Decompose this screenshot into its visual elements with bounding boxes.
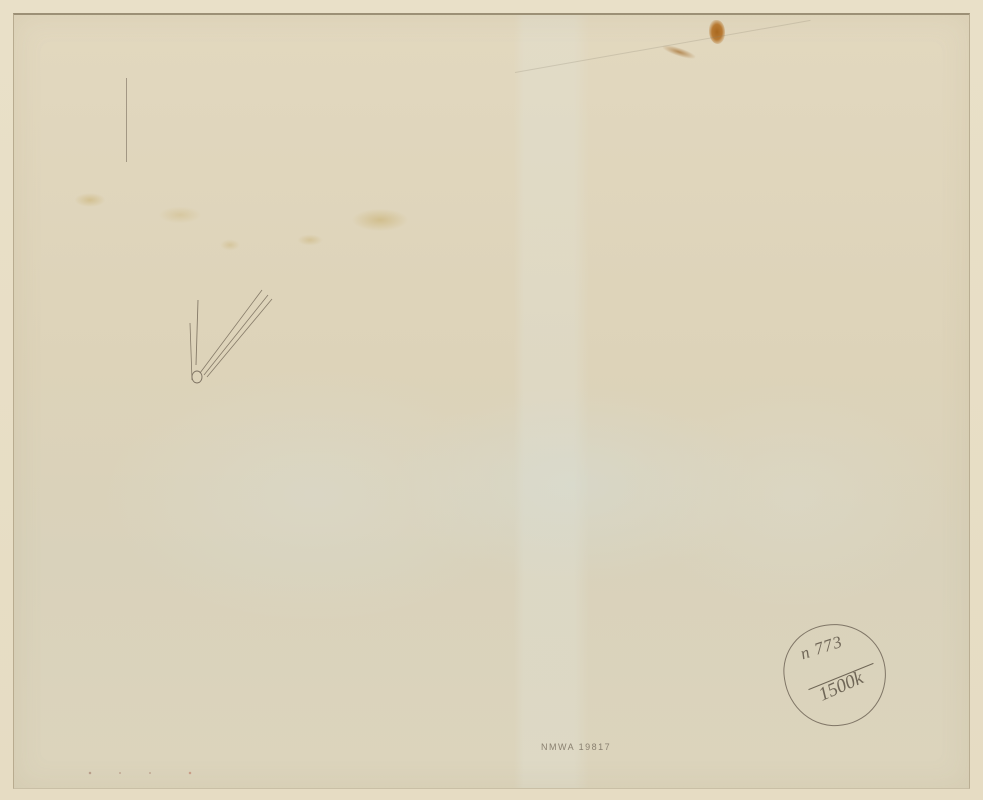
foxing-stains	[50, 185, 430, 255]
edge-specks	[80, 770, 210, 776]
rust-stain	[709, 20, 725, 44]
accession-number: NMWA 19817	[541, 742, 611, 752]
pencil-sketch	[180, 285, 280, 395]
vertical-pencil-stroke	[126, 78, 127, 162]
